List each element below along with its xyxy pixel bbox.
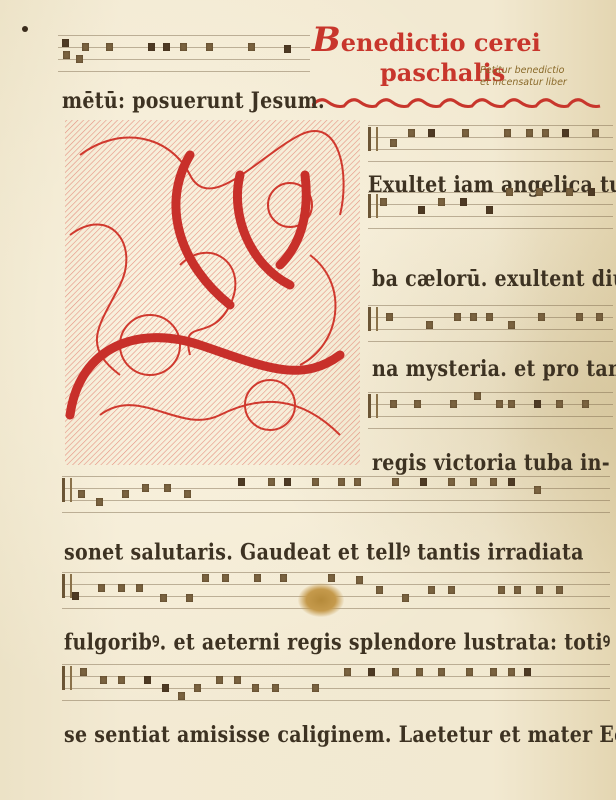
wax-stain — [298, 583, 344, 617]
music-staff-4 — [368, 305, 613, 341]
lyric-line-8: se sentiat amisisse caliginem. Laetetur … — [64, 722, 616, 748]
decorated-initial — [60, 115, 365, 470]
rubric-initial: B — [312, 20, 341, 60]
music-staff-2 — [368, 125, 613, 161]
lyric-line-4: na mysteria. et pro tanti — [372, 356, 616, 382]
music-staff-1 — [58, 35, 310, 71]
lyric-line-1: mētū: posuerunt Jesum. — [62, 88, 325, 114]
marginal-note-line2: et incensatur liber — [480, 77, 567, 89]
lyric-line-6: sonet salutaris. Gaudeat et tellꝰ tantis… — [64, 536, 584, 567]
lyric-line-3: ba cælorū. exultent diui- — [372, 266, 616, 292]
music-staff-3 — [368, 192, 613, 228]
ink-spot — [22, 26, 28, 32]
marginal-note: Petitur benedictio et incensatur liber — [480, 65, 567, 89]
red-wave-ornament — [312, 94, 612, 112]
music-staff-5 — [368, 392, 613, 428]
rubric-title: Benedictio cerei — [312, 20, 541, 60]
music-staff-8 — [62, 664, 610, 700]
lyric-line-7: fulgoribꝰ. et aeterni regis splendore lu… — [64, 626, 616, 657]
music-staff-6 — [62, 476, 610, 512]
lyric-line-5: regis victoria tuba in- — [372, 450, 610, 476]
foliage-ornament — [60, 115, 365, 470]
rubric-title-line1: enedictio cerei — [341, 28, 541, 57]
marginal-note-line1: Petitur benedictio — [480, 65, 567, 77]
